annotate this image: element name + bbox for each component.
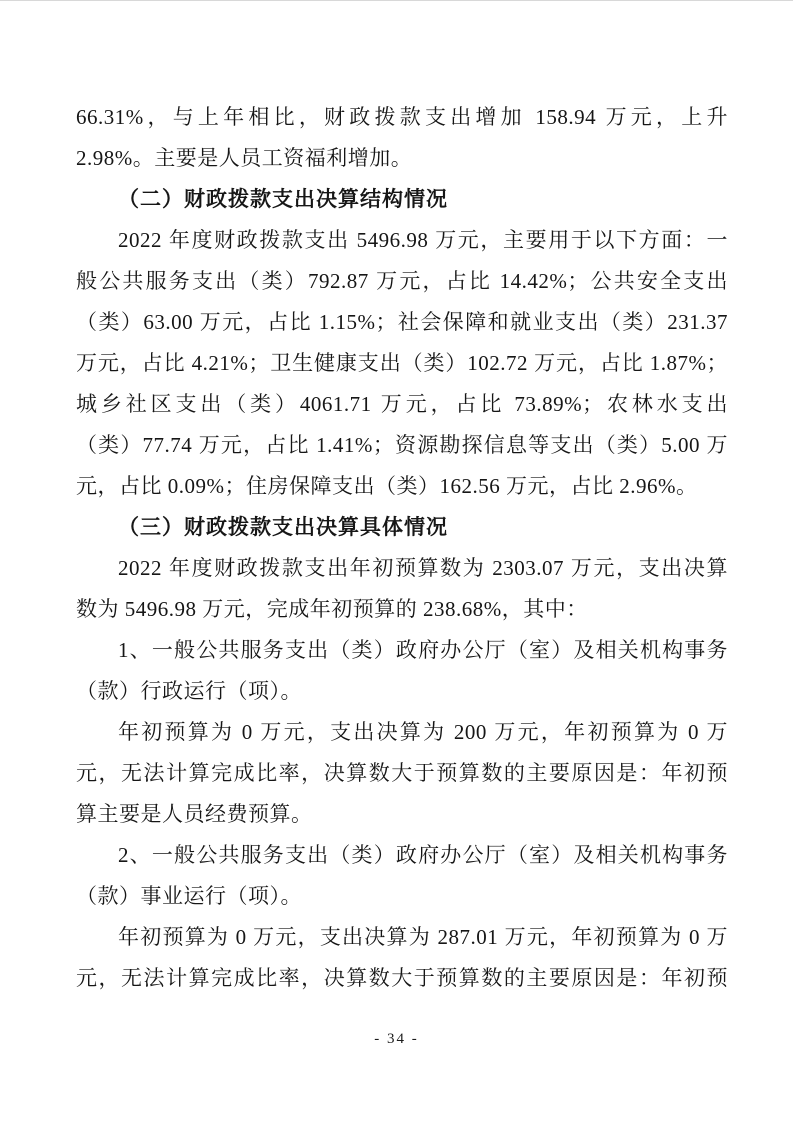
text-line: （二）财政拨款支出决算结构情况 — [76, 179, 728, 220]
paragraph: 年初预算为 0 万元，支出决算为 287.01 万元，年初预算为 0 万元，无法… — [76, 917, 728, 999]
text-line: 1、一般公共服务支出（类）政府办公厅（室）及相关机构事务 — [76, 630, 728, 671]
text-line: 数为 5496.98 万元，完成年初预算的 238.68%，其中： — [76, 589, 728, 630]
text-line: 2022 年度财政拨款支出年初预算数为 2303.07 万元，支出决算 — [76, 548, 728, 589]
text-line: 般公共服务支出（类）792.87 万元，占比 14.42%；公共安全支出 — [76, 261, 728, 302]
text-line: （类）63.00 万元，占比 1.15%；社会保障和就业支出（类）231.37 — [76, 302, 728, 343]
text-line: 2、一般公共服务支出（类）政府办公厅（室）及相关机构事务 — [76, 835, 728, 876]
text-line: 2.98%。主要是人员工资福利增加。 — [76, 138, 728, 179]
paragraph: 1、一般公共服务支出（类）政府办公厅（室）及相关机构事务（款）行政运行（项）。 — [76, 630, 728, 712]
document-page: 66.31%，与上年相比，财政拨款支出增加 158.94 万元，上升2.98%。… — [0, 0, 793, 1122]
text-line: 元，无法计算完成比率，决算数大于预算数的主要原因是：年初预 — [76, 753, 728, 794]
text-line: 城乡社区支出（类）4061.71 万元，占比 73.89%；农林水支出 — [76, 384, 728, 425]
text-line: （类）77.74 万元，占比 1.41%；资源勘探信息等支出（类）5.00 万 — [76, 425, 728, 466]
page-footer: - 34 - — [0, 1031, 793, 1048]
text-line: （三）财政拨款支出决算具体情况 — [76, 507, 728, 548]
section-heading: （二）财政拨款支出决算结构情况 — [76, 179, 728, 220]
text-line: 元，占比 0.09%；住房保障支出（类）162.56 万元，占比 2.96%。 — [76, 466, 728, 507]
text-line: 年初预算为 0 万元，支出决算为 287.01 万元，年初预算为 0 万 — [76, 917, 728, 958]
page-number: - 34 - — [374, 1031, 419, 1047]
text-line: 2022 年度财政拨款支出 5496.98 万元，主要用于以下方面：一 — [76, 220, 728, 261]
text-line: （款）行政运行（项）。 — [76, 671, 728, 712]
section-heading: （三）财政拨款支出决算具体情况 — [76, 507, 728, 548]
text-line: 算主要是人员经费预算。 — [76, 794, 728, 835]
text-line: 66.31%，与上年相比，财政拨款支出增加 158.94 万元，上升 — [76, 97, 728, 138]
paragraph: 2022 年度财政拨款支出年初预算数为 2303.07 万元，支出决算数为 54… — [76, 548, 728, 630]
text-line: 元，无法计算完成比率，决算数大于预算数的主要原因是：年初预 — [76, 958, 728, 999]
text-line: （款）事业运行（项）。 — [76, 876, 728, 917]
paragraph: 66.31%，与上年相比，财政拨款支出增加 158.94 万元，上升2.98%。… — [76, 97, 728, 179]
text-line: 万元，占比 4.21%；卫生健康支出（类）102.72 万元，占比 1.87%； — [76, 343, 728, 384]
text-line: 年初预算为 0 万元，支出决算为 200 万元，年初预算为 0 万 — [76, 712, 728, 753]
paragraph: 年初预算为 0 万元，支出决算为 200 万元，年初预算为 0 万元，无法计算完… — [76, 712, 728, 835]
paragraph: 2、一般公共服务支出（类）政府办公厅（室）及相关机构事务（款）事业运行（项）。 — [76, 835, 728, 917]
paragraph: 2022 年度财政拨款支出 5496.98 万元，主要用于以下方面：一般公共服务… — [76, 220, 728, 507]
document-content: 66.31%，与上年相比，财政拨款支出增加 158.94 万元，上升2.98%。… — [76, 97, 728, 999]
